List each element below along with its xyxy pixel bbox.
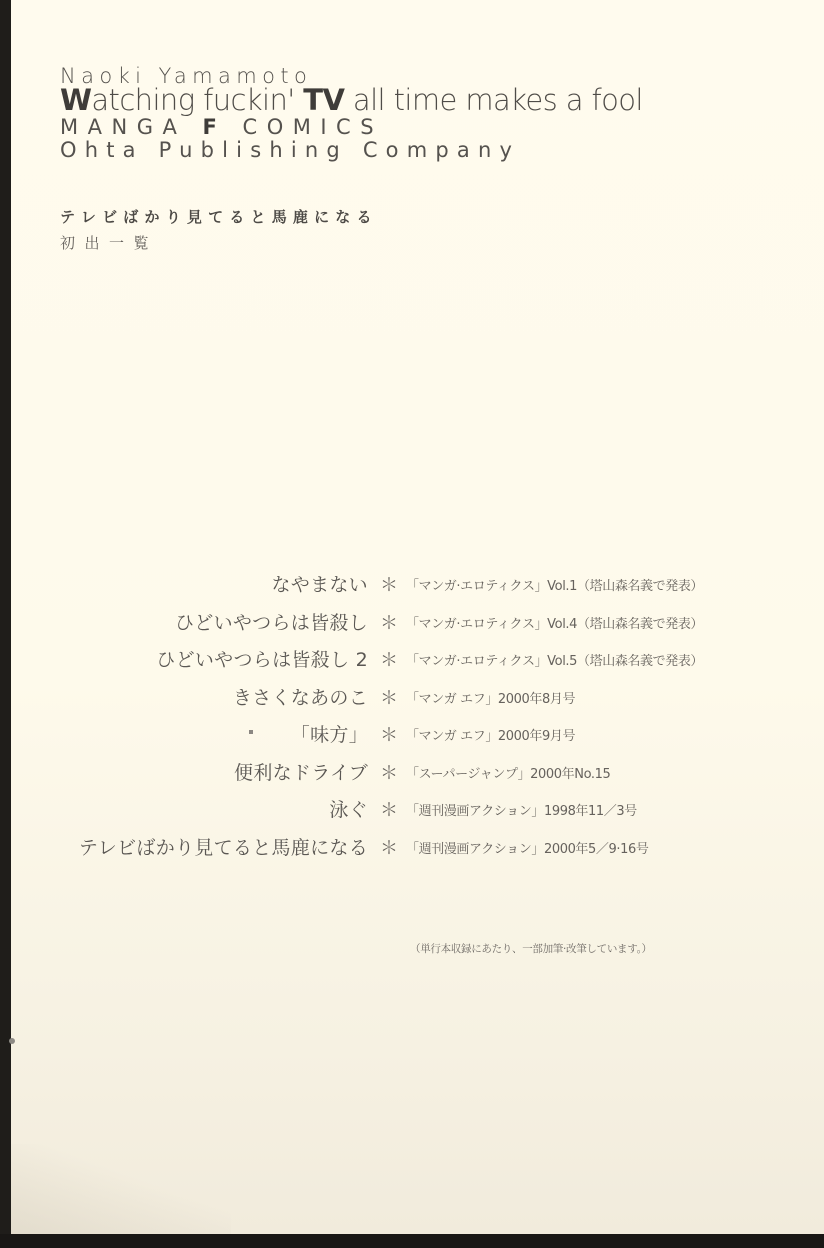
list-item: ひどいやつらは皆殺し ＊ 「マンガ·エロティクス」Vol.4（塔山森名義で発表） (0, 606, 824, 644)
work-title: 泳ぐ (329, 795, 368, 822)
list-item: 「味方」 ＊ 「マンガ エフ」2000年9月号 (0, 718, 824, 756)
imprint-line: MANGA F COMICS (60, 116, 643, 139)
credits-header: Naoki Yamamoto Watching fuckin' TV all t… (60, 64, 643, 161)
imprint-f: F (203, 115, 227, 139)
imprint-pre: MANGA (60, 115, 203, 139)
asterisk-icon: ＊ (380, 609, 398, 635)
english-title: Watching fuckin' TV all time makes a foo… (60, 86, 643, 116)
english-title-initial: W (60, 83, 91, 117)
asterisk-icon: ＊ (380, 571, 398, 597)
work-title: ひどいやつらは皆殺し (175, 608, 368, 635)
japanese-title: テレビばかり見てると馬鹿になる (60, 206, 378, 227)
page-shadow (11, 1144, 231, 1234)
asterisk-icon: ＊ (380, 646, 398, 672)
asterisk-icon: ＊ (380, 759, 398, 785)
section-heading: 初出一覧 (60, 232, 158, 253)
publication-source: 「週刊漫画アクション」1998年11／3号 (406, 800, 637, 819)
english-title-part1: atching fuckin' (91, 83, 303, 117)
publication-source: 「マンガ エフ」2000年8月号 (406, 688, 575, 707)
list-item: 泳ぐ ＊ 「週刊漫画アクション」1998年11／3号 (0, 793, 824, 831)
work-title: テレビばかり見てると馬鹿になる (79, 833, 368, 860)
publication-source: 「マンガ·エロティクス」Vol.1（塔山森名義で発表） (406, 575, 703, 594)
edge-speck (9, 1038, 15, 1044)
list-item: きさくなあのこ ＊ 「マンガ エフ」2000年8月号 (0, 681, 824, 719)
publication-source: 「週刊漫画アクション」2000年5／9·16号 (406, 838, 648, 857)
publication-source: 「マンガ·エロティクス」Vol.5（塔山森名義で発表） (406, 650, 703, 669)
publisher-name: Ohta Publishing Company (60, 139, 643, 161)
list-item: テレビばかり見てると馬鹿になる ＊ 「週刊漫画アクション」2000年5／9·16… (0, 831, 824, 869)
asterisk-icon: ＊ (380, 721, 398, 747)
first-appearance-list: なやまない ＊ 「マンガ·エロティクス」Vol.1（塔山森名義で発表） ひどいや… (0, 568, 824, 868)
imprint-post: COMICS (226, 115, 383, 139)
asterisk-icon: ＊ (380, 834, 398, 860)
list-item: なやまない ＊ 「マンガ·エロティクス」Vol.1（塔山森名義で発表） (0, 568, 824, 606)
work-title: なやまない (271, 570, 368, 597)
list-item: 便利なドライブ ＊ 「スーパージャンプ」2000年No.15 (0, 756, 824, 794)
work-title: ひどいやつらは皆殺し 2 (156, 645, 368, 672)
asterisk-icon: ＊ (380, 684, 398, 710)
editorial-note: （単行本収録にあたり、一部加筆·改筆しています。） (410, 941, 652, 956)
work-title: 「味方」 (291, 720, 368, 747)
work-title: 便利なドライブ (234, 758, 368, 785)
work-title: きさくなあのこ (233, 683, 368, 710)
scan-bottom-border (0, 1234, 824, 1248)
asterisk-icon: ＊ (380, 796, 398, 822)
publication-source: 「マンガ·エロティクス」Vol.4（塔山森名義で発表） (406, 613, 703, 632)
english-title-part2: all time makes a fool (344, 83, 643, 117)
publication-source: 「マンガ エフ」2000年9月号 (406, 725, 575, 744)
list-item: ひどいやつらは皆殺し 2 ＊ 「マンガ·エロティクス」Vol.5（塔山森名義で発… (0, 643, 824, 681)
publication-source: 「スーパージャンプ」2000年No.15 (406, 763, 610, 782)
bullet-dot-icon (249, 730, 253, 734)
english-title-tv: TV (303, 83, 344, 117)
